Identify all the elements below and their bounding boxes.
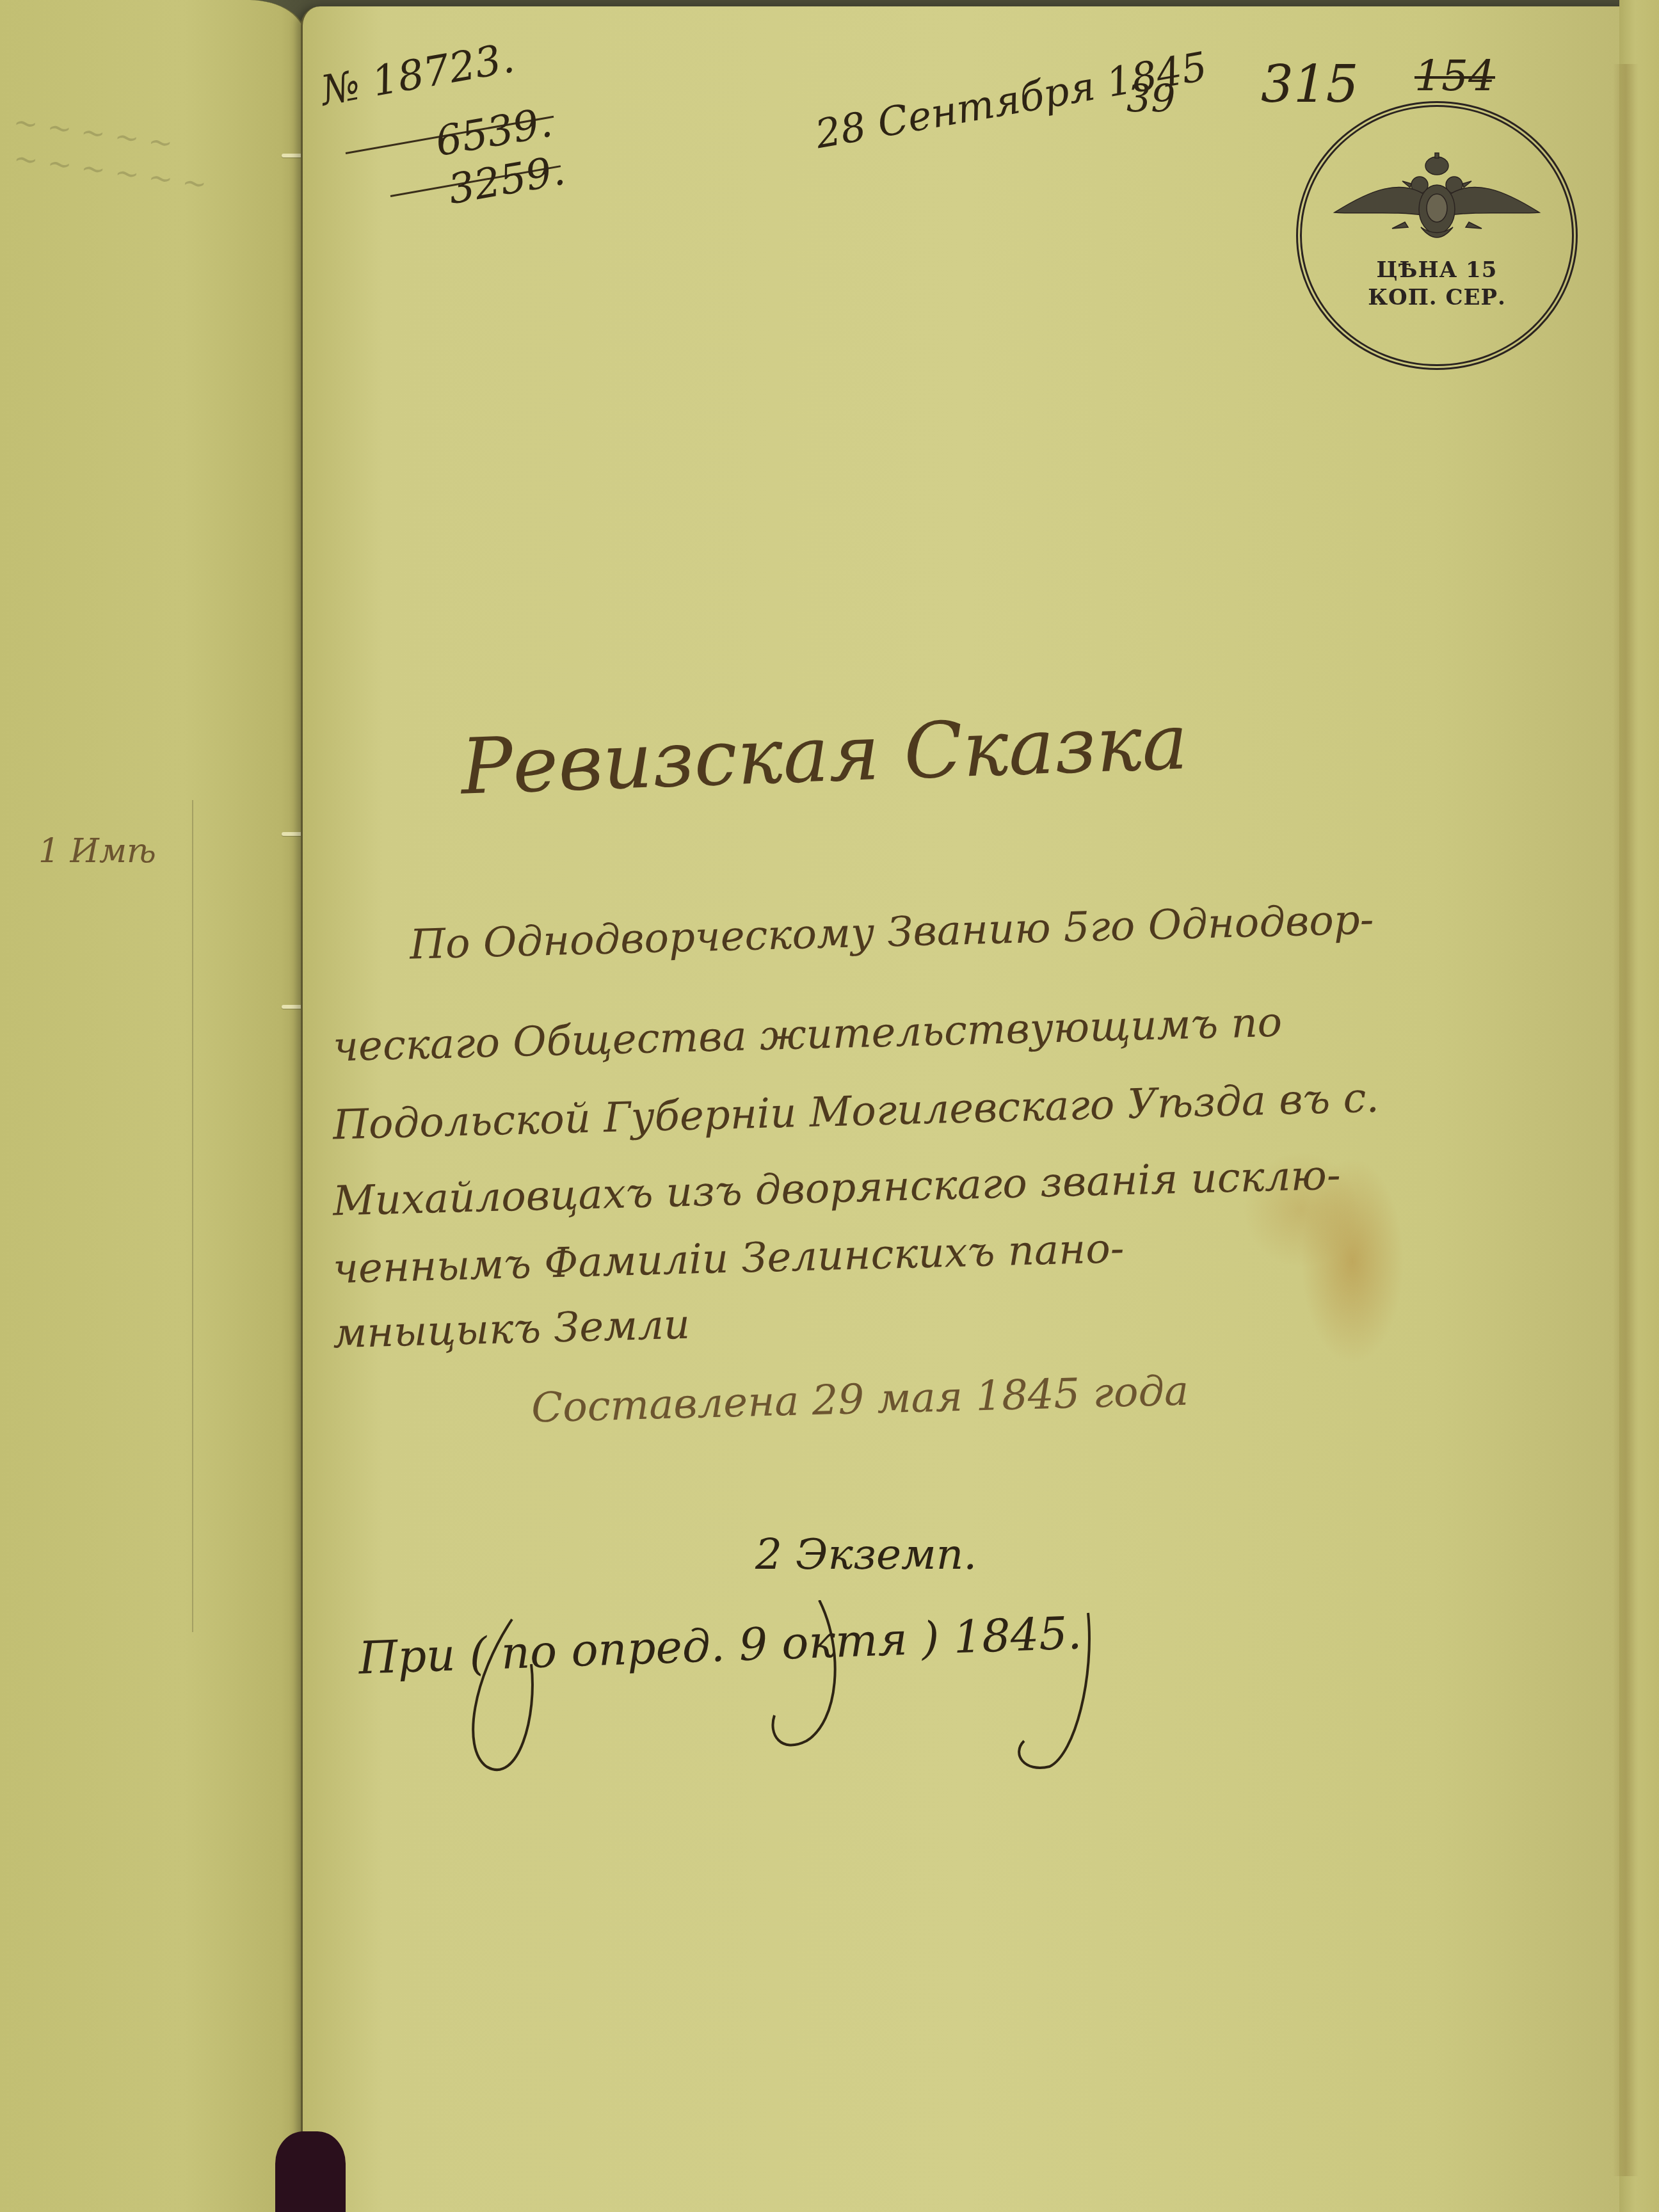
left-page-note: 1 Имѣ bbox=[38, 832, 156, 870]
binding-stitch bbox=[282, 154, 303, 157]
binding-stitch bbox=[282, 832, 303, 836]
stamp-currency-line: КОП. СЕР. bbox=[1302, 285, 1572, 310]
document-photo: ~ ~ ~ ~ ~ ~ ~ ~ ~ ~ ~ 1 Имѣ № 18723. 653… bbox=[0, 0, 1659, 2212]
folio-small: 39 bbox=[1126, 77, 1175, 122]
water-stain bbox=[1613, 64, 1639, 2176]
binding-stitch bbox=[282, 1005, 303, 1009]
left-page: ~ ~ ~ ~ ~ ~ ~ ~ ~ ~ ~ 1 Имѣ bbox=[0, 0, 307, 2212]
double-headed-eagle-icon bbox=[1331, 152, 1543, 248]
folio-number: 315 bbox=[1261, 54, 1359, 114]
stamp-price-line: ЦѢНА 15 bbox=[1302, 257, 1572, 283]
body-line: мныцыкъ Земли bbox=[332, 1301, 691, 1358]
duty-stamp: ЦѢНА 15 КОП. СЕР. bbox=[1296, 101, 1578, 370]
margin-rule bbox=[192, 800, 193, 1632]
folio-number-struck: 154 bbox=[1415, 51, 1495, 100]
copies-note: 2 Экземп. bbox=[755, 1530, 977, 1579]
background-table bbox=[275, 2131, 346, 2212]
signature-flourish-icon bbox=[448, 1600, 1216, 1805]
